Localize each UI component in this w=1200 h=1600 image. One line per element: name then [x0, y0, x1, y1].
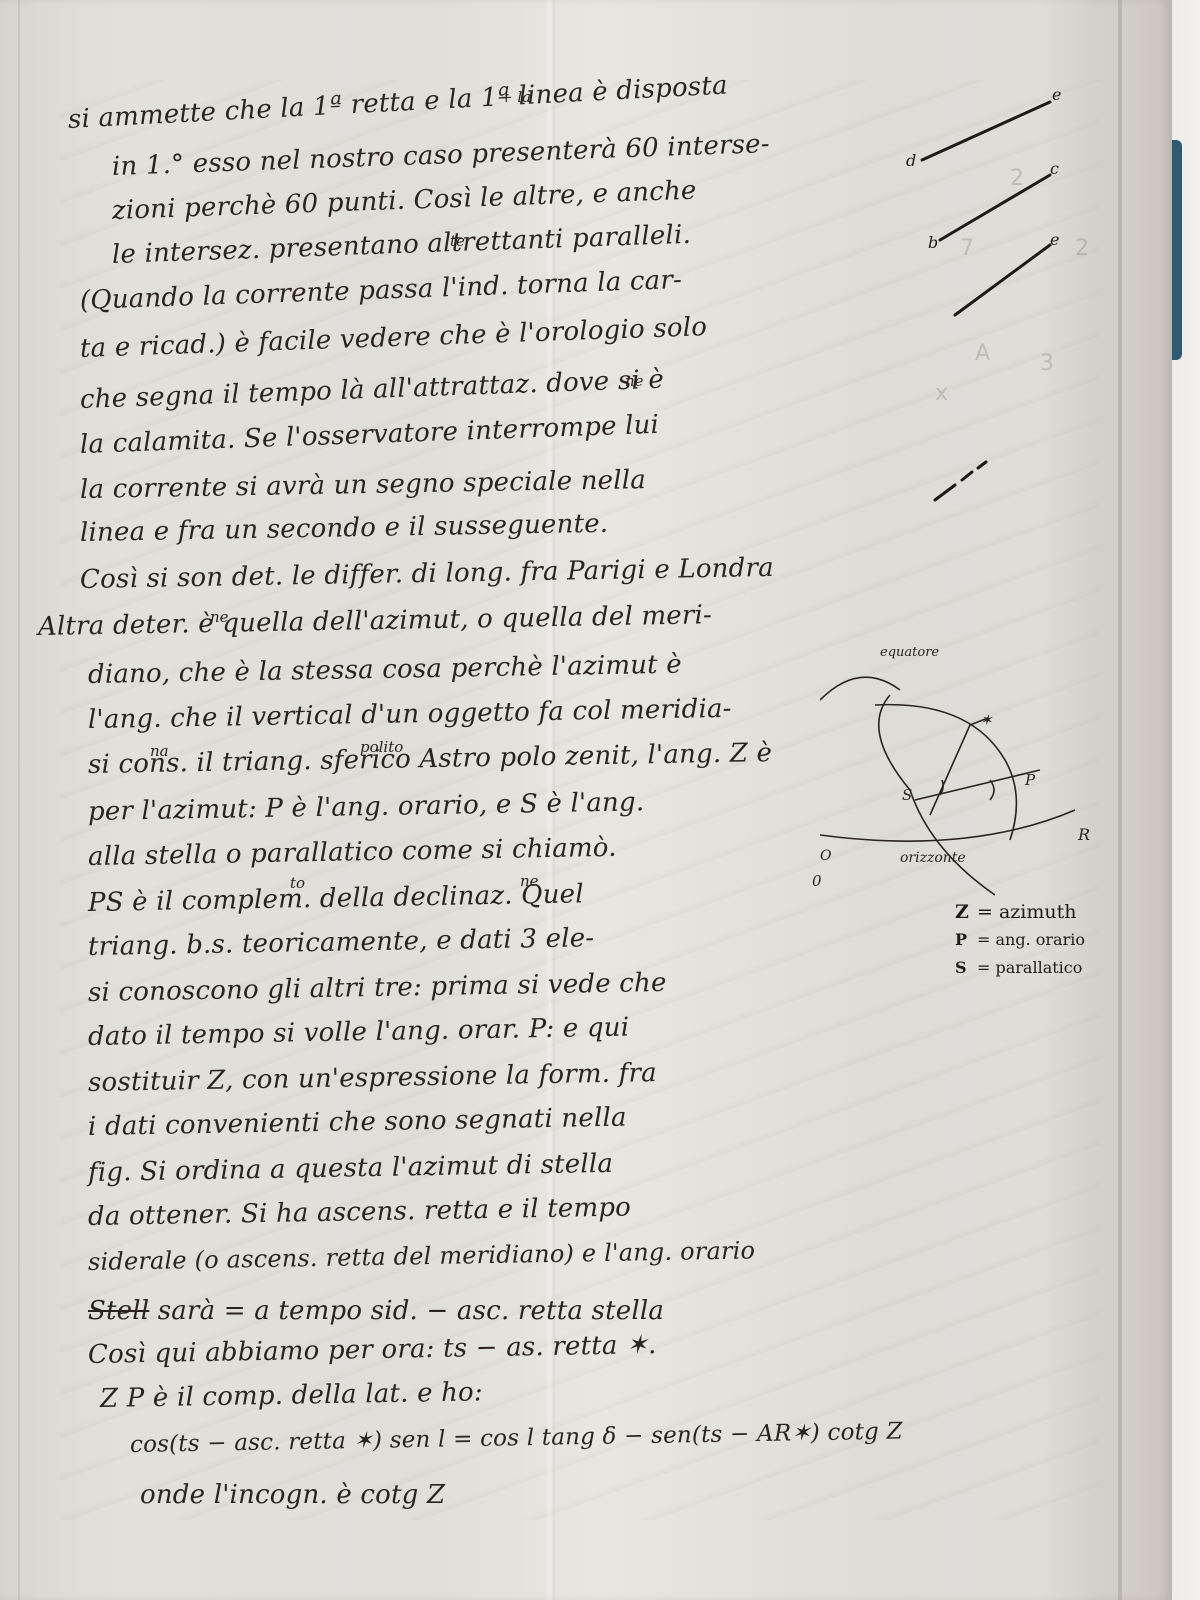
diagram-label: S: [902, 786, 912, 804]
svg-text:x: x: [935, 381, 948, 406]
interlinear-note: polito: [360, 738, 403, 756]
text-line: Così si son det. le differ. di long. fra…: [80, 553, 774, 595]
text-line: diano, che è la stessa cosa perchè l'azi…: [88, 650, 682, 690]
diagram-label: orizzonte: [900, 850, 966, 866]
svg-text:7: 7: [960, 236, 974, 261]
text-line: siderale (o ascens. retta del meridiano)…: [88, 1236, 756, 1276]
text-line: fig. Si ordina a questa l'azimut di stel…: [88, 1149, 614, 1188]
text-line: linea e fra un secondo e il susseguente.: [80, 509, 609, 548]
text-line: si cons. il triang. sferico Astro polo z…: [88, 738, 773, 780]
margin-label: d: [906, 151, 916, 170]
legend-definition: azimuth: [999, 901, 1077, 923]
svg-text:3: 3: [1040, 351, 1054, 376]
interlinear-note: + la: [500, 88, 531, 106]
text-line: le intersez. presentano altrettanti para…: [111, 220, 691, 270]
text-line: onde l'incogn. è cotg Z: [140, 1480, 445, 1510]
page-edge-line: [18, 0, 20, 1600]
text-line-content: sarà = a tempo sid. − asc. retta stella: [158, 1296, 664, 1326]
margin-label: e: [1050, 230, 1059, 249]
text-line: Altra deter. è quella dell'azimut, o que…: [38, 600, 713, 642]
margin-label: c: [1050, 159, 1059, 178]
legend-row: Z= azimuth: [955, 898, 1085, 926]
text-line: in 1.° esso nel nostro caso presenterà 6…: [111, 129, 770, 182]
text-line: alla stella o parallatico come si chiamò…: [88, 833, 617, 872]
text-line-with-strike: Stell sarà = a tempo sid. − asc. retta s…: [88, 1296, 664, 1326]
text-line: Così qui abbiamo per ora: ts − as. retta…: [88, 1330, 657, 1370]
manuscript-page: si ammette che la 1ª retta e la 1ª linea…: [0, 0, 1172, 1600]
margin-label: e: [1052, 85, 1061, 104]
text-line: (Quando la corrente passa l'ind. torna l…: [79, 265, 682, 316]
interlinear-note: na: [150, 742, 169, 760]
text-line: la calamita. Se l'osservatore interrompe…: [79, 410, 659, 460]
diagram-label: O: [820, 848, 832, 864]
text-line: sostituir Z, con un'espressione la form.…: [88, 1058, 657, 1098]
text-line: che segna il tempo là all'attrattaz. dov…: [79, 365, 664, 415]
text-line: l'ang. che il vertical d'un oggetto fa c…: [88, 694, 732, 735]
diagram-label: R: [1077, 825, 1090, 844]
text-line: triang. b.s. teoricamente, e dati 3 ele-: [88, 923, 595, 962]
legend-symbol: Z: [955, 898, 977, 926]
text-line: per l'azimut: P è l'ang. orario, e S è l…: [88, 787, 645, 827]
legend-symbol: P: [955, 926, 977, 954]
margin-stroke-marks: d e b c e 722 A3x: [900, 80, 1100, 520]
interlinear-note: ne: [520, 872, 539, 890]
spherical-triangle-diagram: ✶ S P R O equatore orizzonte: [820, 640, 1120, 900]
text-line: Z P è il comp. della lat. e ho:: [100, 1377, 483, 1414]
text-line: zioni perchè 60 punti. Così le altre, e …: [111, 176, 697, 226]
interlinear-note: ne: [625, 372, 644, 390]
svg-text:2: 2: [1075, 236, 1089, 261]
text-line: PS è il complem. della declinaz. Quel: [88, 879, 584, 918]
text-line: la corrente si avrà un segno speciale ne…: [80, 465, 647, 505]
legend-symbol: S: [955, 954, 977, 982]
diagram-label: equatore: [880, 645, 939, 660]
legend-row: P= ang. orario: [955, 926, 1085, 954]
interlinear-note: to: [290, 874, 305, 892]
text-line: ta e ricad.) è facile vedere che è l'oro…: [79, 312, 707, 364]
text-line: si conoscono gli altri tre: prima si ved…: [88, 968, 667, 1008]
diagram-label: P: [1024, 771, 1036, 789]
margin-label: b: [928, 233, 938, 252]
legend-row: S= parallatico: [955, 954, 1085, 982]
diagram-label: ✶: [980, 711, 994, 729]
svg-text:A: A: [975, 341, 990, 366]
interlinear-note: te: [450, 232, 465, 250]
struck-word: Stell: [88, 1296, 149, 1326]
text-line: si ammette che la 1ª retta e la 1ª linea…: [67, 70, 728, 135]
legend-definition: ang. orario: [996, 930, 1085, 949]
interlinear-note: ne: [210, 608, 229, 626]
formula-line: cos(ts − asc. retta ✶) sen l = cos l tan…: [130, 1419, 903, 1458]
symbol-legend: Z= azimuth P= ang. orario S= parallatico: [955, 898, 1085, 982]
legend-definition: parallatico: [996, 958, 1083, 977]
svg-text:2: 2: [1010, 166, 1024, 191]
